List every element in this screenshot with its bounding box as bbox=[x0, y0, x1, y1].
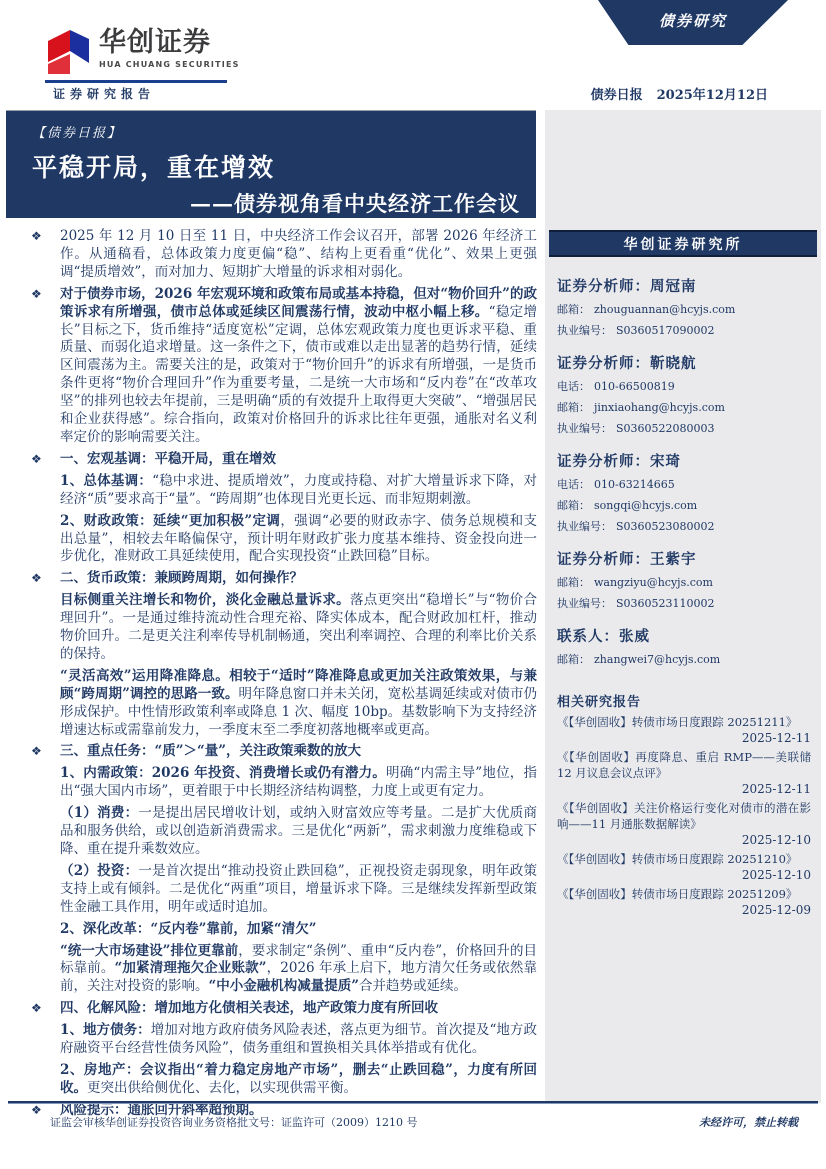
analyst-detail-value: wangziyu@hcyjs.com bbox=[594, 576, 713, 589]
summary-paragraph: 目标侧重关注增长和物价，淡化金融总量诉求。落点更突出“稳增长”与“物价合理回升”… bbox=[0, 592, 539, 664]
summary-paragraph: “统一大市场建设”排位更靠前，要求制定“条例”、重申“反内卷”，价格回升的目标靠… bbox=[0, 943, 539, 997]
related-report-link[interactable]: 《【华创固收】转债市场日度跟踪 20251210》 bbox=[557, 851, 811, 867]
category-badge-label: 债券研究 bbox=[659, 10, 727, 35]
title-tag: 【债券日报】 bbox=[32, 122, 522, 141]
page-subtitle: ——债券视角看中央经济工作会议 bbox=[32, 188, 522, 218]
related-report-item: 《【华创固收】关注价格运行变化对债市的潜在影响——11 月通胀数据解读》2025… bbox=[557, 800, 811, 847]
analyst-detail-value: 010-63214665 bbox=[594, 478, 675, 491]
dateline: 债券日报2025年12月12日 bbox=[591, 84, 768, 103]
diamond-bullet-icon: ❖ bbox=[31, 1000, 42, 1018]
analyst-detail-label: 电话： bbox=[557, 478, 590, 491]
related-report-item: 《【华创固收】转债市场日度跟踪 20251209》2025-12-09 bbox=[557, 886, 811, 917]
brand: 华创证券 HUA CHUANG SECURITIES bbox=[45, 28, 240, 76]
footer-divider bbox=[8, 1101, 818, 1104]
analyst-detail-value: S0360517090002 bbox=[616, 324, 715, 337]
category-badge: 债券研究 bbox=[598, 0, 788, 45]
summary-paragraph: 1、地方债务：增加对地方政府债务风险表述，落点更为细节。首次提及“地方政府融资平… bbox=[0, 1022, 539, 1058]
analyst-detail-label: 邮箱： bbox=[557, 303, 590, 316]
summary-paragraph: 1、总体基调：“稳中求进、提质增效”，力度或持稳、对扩大增量诉求下降，对经济“质… bbox=[0, 473, 539, 509]
related-reports-header: 相关研究报告 bbox=[545, 691, 821, 710]
analyst-list: 证券分析师：周冠南邮箱：zhouguannan@hcyjs.com执业编号：S0… bbox=[545, 257, 821, 667]
diamond-bullet-icon: ❖ bbox=[31, 570, 42, 588]
diamond-bullet-icon: ❖ bbox=[31, 228, 42, 246]
summary-bullet-item: ❖四、化解风险：增加地方化债相关表述，地产政策力度有所回收 bbox=[0, 1000, 539, 1018]
related-report-item: 《【华创固收】转债市场日度跟踪 20251210》2025-12-10 bbox=[557, 851, 811, 882]
summary-paragraph: （1）消费：一是提出居民增收计划，或纳入财富效应等考量。二是扩大优质商品和服务供… bbox=[0, 805, 539, 859]
analyst-block: 证券分析师：靳晓航电话：010-66500819邮箱：jinxiaohang@h… bbox=[557, 352, 809, 436]
analyst-detail: 电话：010-63214665 bbox=[557, 476, 809, 492]
analyst-detail-label: 执业编号： bbox=[557, 422, 612, 435]
analyst-detail: 执业编号：S0360523080002 bbox=[557, 518, 809, 534]
related-report-date: 2025-12-10 bbox=[557, 868, 811, 882]
analyst-block: 证券分析师：宋琦电话：010-63214665邮箱：songqi@hcyjs.c… bbox=[557, 450, 809, 534]
sidebar: 华创证券研究所 证券分析师：周冠南邮箱：zhouguannan@hcyjs.co… bbox=[545, 110, 821, 1103]
diamond-bullet-icon: ❖ bbox=[31, 743, 42, 761]
analyst-name: 证券分析师：王紫宇 bbox=[557, 548, 809, 569]
footer-license: 证监会审核华创证券投资咨询业务资格批文号：证监许可（2009）1210 号 bbox=[50, 1114, 417, 1130]
analyst-detail-label: 邮箱： bbox=[557, 401, 590, 414]
analyst-detail-value: 010-66500819 bbox=[594, 380, 675, 393]
summary-bullet-item: ❖一、宏观基调：平稳开局，重在增效 bbox=[0, 451, 539, 469]
analyst-detail: 执业编号：S0360517090002 bbox=[557, 322, 809, 338]
doc-type-label: 债券日报 bbox=[591, 88, 643, 103]
analyst-detail-value: zhangwei7@hcyjs.com bbox=[594, 653, 720, 666]
analyst-detail-value: zhouguannan@hcyjs.com bbox=[594, 303, 735, 316]
analyst-detail-value: S0360523080002 bbox=[616, 520, 715, 533]
report-date: 2025年12月12日 bbox=[657, 88, 768, 103]
summary-paragraph: 2、财政政策：延续“更加积极”定调，强调“必要的财政赤字、债务总规模和支出总量”… bbox=[0, 513, 539, 567]
related-report-item: 《【华创固收】转债市场日度跟踪 20251211》2025-12-11 bbox=[557, 714, 811, 745]
related-report-link[interactable]: 《【华创固收】转债市场日度跟踪 20251209》 bbox=[557, 886, 811, 902]
summary-paragraph: （2）投资：一是首次提出“推动投资止跌回稳”，正视投资走弱现象，明年政策支持上或… bbox=[0, 863, 539, 917]
page-title: 平稳开局，重在增效 bbox=[32, 148, 522, 184]
summary-paragraph: 2、房地产：会议指出“着力稳定房地产市场”，删去“止跌回稳”，力度有所回收。更突… bbox=[0, 1062, 539, 1098]
institute-header: 华创证券研究所 bbox=[549, 230, 817, 257]
summary-body: ❖2025 年 12 月 10 日至 11 日，中央经济工作会议召开，部署 20… bbox=[0, 228, 539, 1124]
brand-divider bbox=[45, 80, 227, 83]
analyst-detail: 执业编号：S0360523110002 bbox=[557, 595, 809, 611]
analyst-block: 证券分析师：王紫宇邮箱：wangziyu@hcyjs.com执业编号：S0360… bbox=[557, 548, 809, 611]
summary-paragraph: 2、深化改革：“反内卷”靠前，加紧“清欠” bbox=[0, 921, 539, 939]
analyst-detail: 邮箱：songqi@hcyjs.com bbox=[557, 497, 809, 513]
related-report-date: 2025-12-11 bbox=[557, 782, 811, 796]
related-report-link[interactable]: 《【华创固收】再度降息、重启 RMP——美联储12 月议息会议点评》 bbox=[557, 749, 811, 781]
analyst-detail-value: songqi@hcyjs.com bbox=[594, 499, 697, 512]
related-report-link[interactable]: 《【华创固收】转债市场日度跟踪 20251211》 bbox=[557, 714, 811, 730]
analyst-name: 证券分析师：宋琦 bbox=[557, 450, 809, 471]
analyst-block: 联系人：张威邮箱：zhangwei7@hcyjs.com bbox=[557, 625, 809, 667]
analyst-detail: 邮箱：zhangwei7@hcyjs.com bbox=[557, 651, 809, 667]
related-report-date: 2025-12-11 bbox=[557, 731, 811, 745]
related-report-link[interactable]: 《【华创固收】关注价格运行变化对债市的潜在影响——11 月通胀数据解读》 bbox=[557, 800, 811, 832]
analyst-detail-label: 邮箱： bbox=[557, 653, 590, 666]
diamond-bullet-icon: ❖ bbox=[31, 451, 42, 469]
analyst-detail-label: 电话： bbox=[557, 380, 590, 393]
analyst-detail: 邮箱：wangziyu@hcyjs.com bbox=[557, 574, 809, 590]
company-name-en: HUA CHUANG SECURITIES bbox=[99, 60, 240, 69]
analyst-detail-label: 执业编号： bbox=[557, 520, 612, 533]
analyst-detail-label: 执业编号： bbox=[557, 324, 612, 337]
analyst-detail-label: 邮箱： bbox=[557, 499, 590, 512]
related-report-date: 2025-12-10 bbox=[557, 833, 811, 847]
related-report-date: 2025-12-09 bbox=[557, 903, 811, 917]
analyst-block: 证券分析师：周冠南邮箱：zhouguannan@hcyjs.com执业编号：S0… bbox=[557, 275, 809, 338]
huachuang-logo-icon bbox=[45, 28, 91, 76]
diamond-bullet-icon: ❖ bbox=[31, 286, 42, 304]
analyst-detail: 邮箱：jinxiaohang@hcyjs.com bbox=[557, 399, 809, 415]
diamond-bullet-icon: ❖ bbox=[31, 1102, 42, 1120]
analyst-name: 证券分析师：靳晓航 bbox=[557, 352, 809, 373]
report-series-label: 证券研究报告 bbox=[53, 85, 155, 102]
company-name: 华创证券 bbox=[99, 28, 240, 58]
analyst-detail: 邮箱：zhouguannan@hcyjs.com bbox=[557, 301, 809, 317]
analyst-detail-value: S0360522080003 bbox=[616, 422, 715, 435]
analyst-detail: 电话：010-66500819 bbox=[557, 378, 809, 394]
title-block: 【债券日报】 平稳开局，重在增效 ——债券视角看中央经济工作会议 bbox=[6, 110, 536, 218]
summary-bullet-item: ❖2025 年 12 月 10 日至 11 日，中央经济工作会议召开，部署 20… bbox=[0, 228, 539, 282]
analyst-detail-label: 执业编号： bbox=[557, 597, 612, 610]
summary-bullet-item: ❖对于债券市场，2026 年宏观环境和政策布局或基本持稳，但对“物价回升”的政策… bbox=[0, 286, 539, 447]
analyst-detail-value: jinxiaohang@hcyjs.com bbox=[594, 401, 725, 414]
report-page: 华创证券 HUA CHUANG SECURITIES 证券研究报告 债券研究 债… bbox=[0, 0, 826, 1169]
summary-paragraph: 1、内需政策：2026 年投资、消费增长或仍有潜力。明确“内需主导”地位，指出“… bbox=[0, 765, 539, 801]
analyst-name: 证券分析师：周冠南 bbox=[557, 275, 809, 296]
analyst-detail-label: 邮箱： bbox=[557, 576, 590, 589]
summary-bullet-item: ❖三、重点任务：“质”＞“量”，关注政策乘数的放大 bbox=[0, 743, 539, 761]
analyst-name: 联系人：张威 bbox=[557, 625, 809, 646]
related-report-item: 《【华创固收】再度降息、重启 RMP——美联储12 月议息会议点评》2025-1… bbox=[557, 749, 811, 796]
report-list: 《【华创固收】转债市场日度跟踪 20251211》2025-12-11《【华创固… bbox=[545, 714, 821, 917]
analyst-detail-value: S0360523110002 bbox=[616, 597, 715, 610]
analyst-detail: 执业编号：S0360522080003 bbox=[557, 420, 809, 436]
summary-paragraph: “灵活高效”运用降准降息。相较于“适时”降准降息或更加关注政策效果，与兼顾“跨周… bbox=[0, 668, 539, 740]
summary-bullet-item: ❖二、货币政策：兼顾跨周期，如何操作？ bbox=[0, 570, 539, 588]
footer-notice: 未经许可，禁止转载 bbox=[699, 1114, 798, 1130]
